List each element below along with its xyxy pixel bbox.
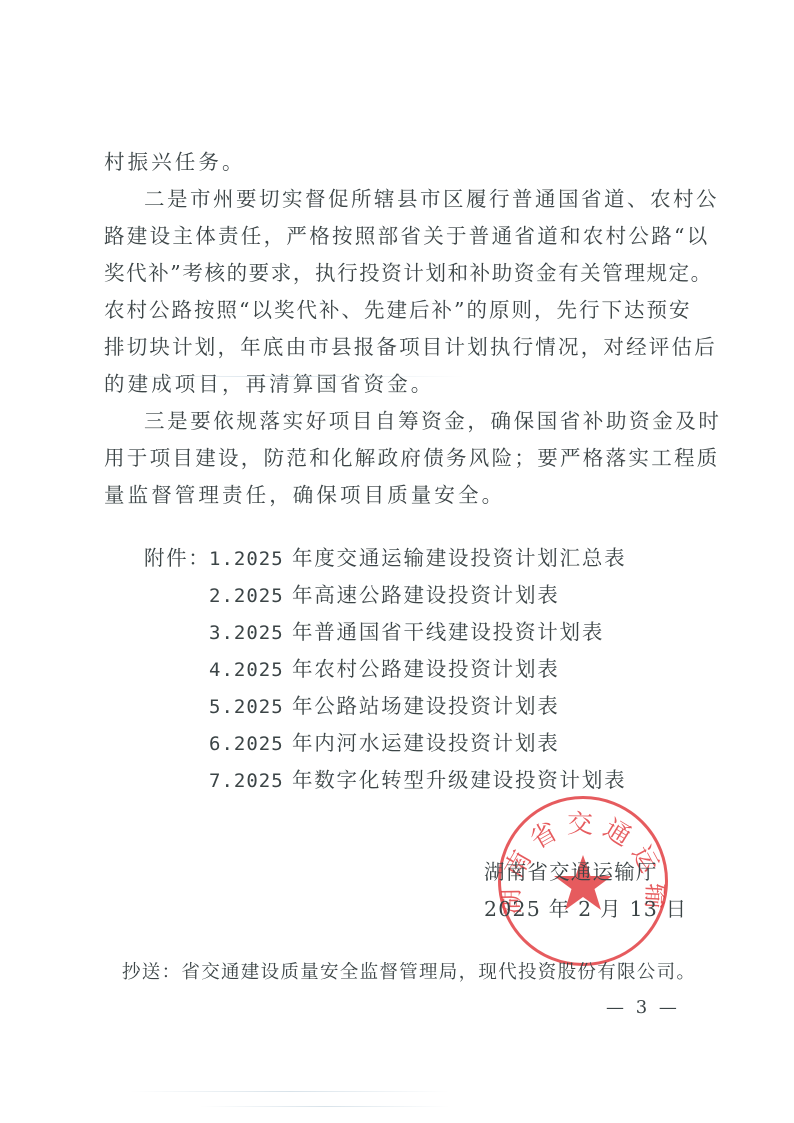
attachment-item-3: 3.2025 年普通国省干线建设投资计划表	[209, 618, 604, 647]
attachment-number: 7.2025	[209, 770, 284, 792]
attachment-item-4: 4.2025 年农村公路建设投资计划表	[209, 655, 560, 684]
attachment-title: 年度交通运输建设投资计划汇总表	[284, 546, 627, 570]
paragraph-3-line-2: 用于项目建设，防范和化解政府债务风险；要严格落实工程质	[104, 444, 704, 472]
signing-organization: 湖南省交通运输厅	[484, 858, 658, 886]
paragraph-2-line-5: 排切块计划，年底由市县报备项目计划执行情况，对经评估后	[104, 333, 704, 361]
attachment-item-1: 1.2025 年度交通运输建设投资计划汇总表	[209, 544, 626, 573]
attachments-label: 附件：	[144, 544, 210, 572]
paragraph-1-tail: 村振兴任务。	[104, 148, 704, 176]
scan-artifact	[104, 376, 464, 377]
paragraph-2-line-2: 路建设主体责任，严格按照部省关于普通省道和农村公路“以	[104, 222, 704, 250]
attachment-number: 3.2025	[209, 622, 284, 644]
attachment-title: 年内河水运建设投资计划表	[284, 731, 560, 755]
attachment-title: 年数字化转型升级建设投资计划表	[284, 768, 627, 792]
attachment-number: 4.2025	[209, 659, 284, 681]
attachment-number: 6.2025	[209, 733, 284, 755]
paragraph-2-line-6: 的建成项目，再清算国省资金。	[104, 370, 704, 398]
paragraph-2-line-3: 奖代补”考核的要求，执行投资计划和补助资金有关管理规定。	[104, 259, 704, 287]
cc-recipients: 抄送：省交通建设质量安全监督管理局，现代投资股份有限公司。	[122, 960, 696, 986]
signing-date: 2025 年 2 月 13 日	[484, 895, 687, 923]
attachment-number: 2.2025	[209, 585, 284, 607]
paragraph-3-line-3: 量监督管理责任，确保项目质量安全。	[104, 481, 704, 509]
scan-artifact	[200, 1106, 450, 1107]
attachment-title: 年普通国省干线建设投资计划表	[284, 620, 605, 644]
attachment-item-2: 2.2025 年高速公路建设投资计划表	[209, 581, 560, 610]
attachment-title: 年公路站场建设投资计划表	[284, 694, 560, 718]
attachment-number: 1.2025	[209, 548, 284, 570]
document-page: 村振兴任务。 二是市州要切实督促所辖县市区履行普通国省道、农村公 路建设主体责任…	[0, 0, 794, 1123]
page-number: — 3 —	[606, 996, 680, 1020]
scan-artifact	[130, 1091, 450, 1092]
paragraph-2-line-4: 农村公路按照“以奖代补、先建后补”的原则，先行下达预安	[104, 296, 704, 324]
attachment-item-7: 7.2025 年数字化转型升级建设投资计划表	[209, 766, 626, 795]
attachment-number: 5.2025	[209, 696, 284, 718]
attachment-item-5: 5.2025 年公路站场建设投资计划表	[209, 692, 560, 721]
paragraph-2-line-1: 二是市州要切实督促所辖县市区履行普通国省道、农村公	[144, 185, 744, 213]
attachment-item-6: 6.2025 年内河水运建设投资计划表	[209, 729, 560, 758]
paragraph-3-line-1: 三是要依规落实好项目自筹资金，确保国省补助资金及时	[144, 407, 744, 435]
attachment-title: 年高速公路建设投资计划表	[284, 583, 560, 607]
attachment-title: 年农村公路建设投资计划表	[284, 657, 560, 681]
